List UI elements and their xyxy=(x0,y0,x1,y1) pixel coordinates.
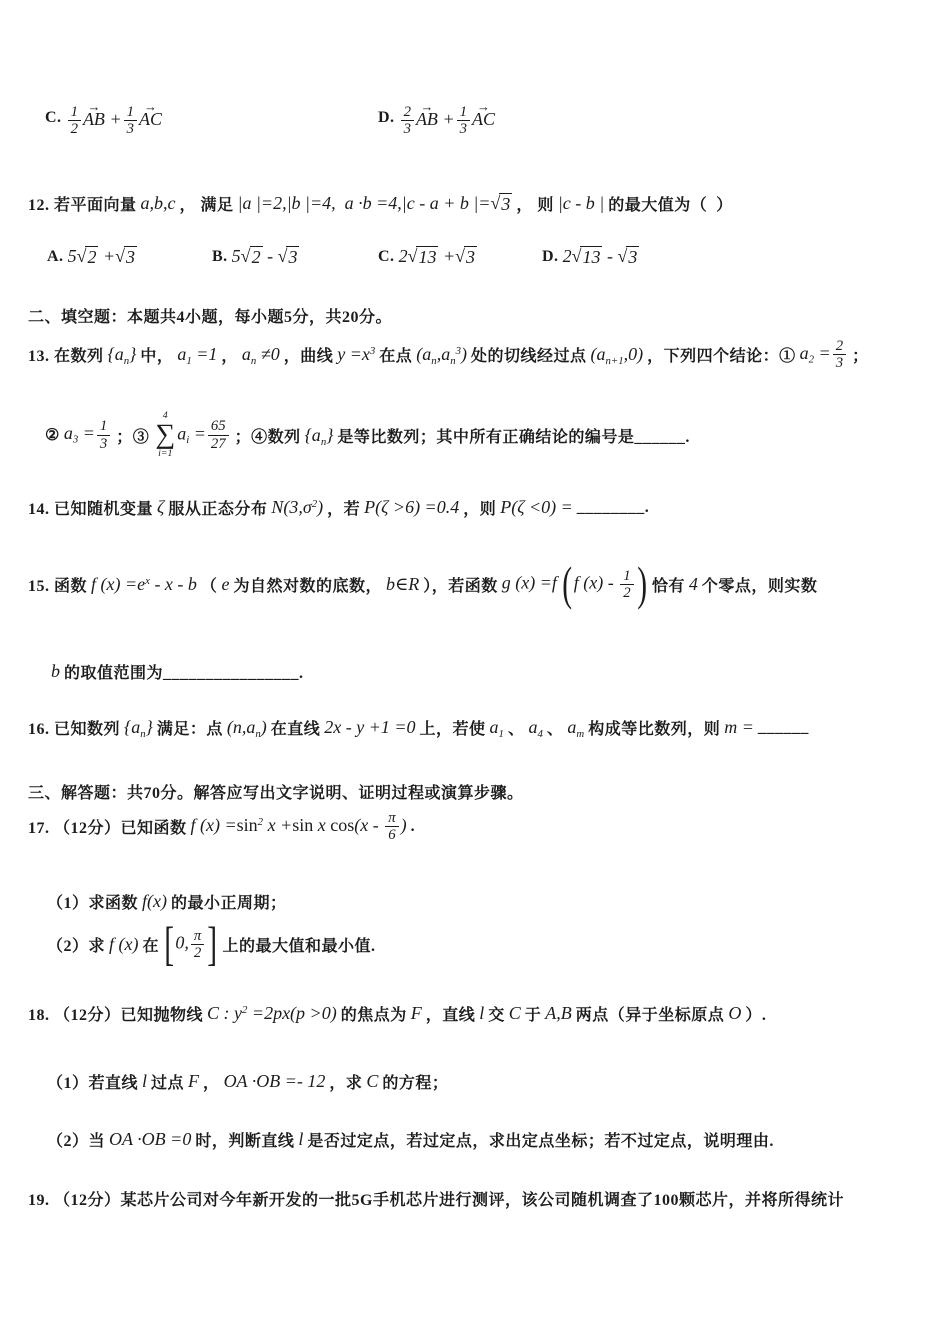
math-run: f (x) xyxy=(109,934,138,955)
text-run: 的焦点为 xyxy=(341,1002,407,1025)
math-run: F xyxy=(411,1003,422,1024)
math-run: (n,an) xyxy=(227,717,267,738)
math-run: N(3,σ2) xyxy=(271,497,323,518)
text-run: ）. xyxy=(745,1002,766,1025)
question-17-part-1: （1）求函数f(x)的最小正周期； xyxy=(47,890,287,913)
text-run: 处的切线经过点 xyxy=(471,343,587,366)
math-run: 2√13 - √3 xyxy=(563,246,640,268)
q12-option-b: B.5√2 - √3 xyxy=(212,246,303,268)
question-17-part-2: （2）求f (x)在[0,π2]上的最大值和最小值. xyxy=(47,926,376,963)
question-13-line-2: ②a3 =13；③4∑i=1ai =6527；④数列{an}是等比数列；其中所有… xyxy=(45,410,690,460)
math-run: a4 xyxy=(528,717,542,738)
math-run: {an} xyxy=(305,425,334,446)
question-17: 17. （12分）已知函数f (x) =sin2 x +sin x cos(x … xyxy=(28,810,415,843)
text-run: 两点（异于坐标原点 xyxy=(576,1002,725,1025)
text-run: 的最小正周期； xyxy=(171,890,287,913)
text-run: C. xyxy=(45,109,62,127)
math-run: ζ xyxy=(157,497,164,518)
text-run: 16. 已知数列 xyxy=(28,716,120,739)
text-run: 13. 在数列 xyxy=(28,343,104,366)
text-run: 于 xyxy=(525,1002,542,1025)
text-run: ，若 xyxy=(327,496,360,519)
math-run: 12AB +13AC xyxy=(66,98,162,137)
text-run: 、 xyxy=(547,716,564,739)
q12-option-a: A.5√2 +√3 xyxy=(47,246,141,268)
text-run: 12. 若平面向量 xyxy=(28,192,137,215)
question-13-line-1: 13. 在数列{an}中，a1 =1，an ≠0，曲线y =x3在点(an,an… xyxy=(28,338,869,371)
math-run: f (x) =sin2 x +sin x cos(x - π6) xyxy=(191,810,407,843)
text-run: 是否过定点，若过定点，求出定点坐标；若不过定点，说明理由. xyxy=(307,1128,774,1151)
text-run: 时，判断直线 xyxy=(195,1128,294,1151)
option-d: D.23AB +13AC xyxy=(378,98,499,137)
text-run: （1）求函数 xyxy=(47,890,138,913)
text-run: ；③ xyxy=(116,424,149,447)
q12-option-c: C.2√13 +√3 xyxy=(378,246,481,268)
math-run: g (x) =f (f (x) - 12) xyxy=(502,566,648,603)
math-run: a1 xyxy=(490,717,504,738)
math-run: 4 xyxy=(689,574,698,595)
text-run: 满足：点 xyxy=(157,716,223,739)
math-run: {an} xyxy=(124,717,153,738)
math-run: (an,an3) xyxy=(416,344,467,365)
text-run: C. xyxy=(378,248,395,266)
text-run: 19. （12分）某芯片公司对今年新开发的一批5G手机芯片进行测评，该公司随机调… xyxy=(28,1187,844,1210)
math-run: C xyxy=(366,1071,378,1092)
text-run: ， xyxy=(203,1070,220,1093)
math-run: f(x) xyxy=(142,891,167,912)
math-run: {an} xyxy=(108,344,137,365)
text-run: ，求 xyxy=(329,1070,362,1093)
text-run: 构成等比数列，则 xyxy=(588,716,720,739)
text-run: 18. （12分）已知抛物线 xyxy=(28,1002,203,1025)
text-run: 、 xyxy=(508,716,525,739)
math-run: b∈R xyxy=(386,574,419,595)
text-run: ，则 xyxy=(463,496,496,519)
math-run: 2√13 +√3 xyxy=(399,246,477,268)
text-run: 服从正态分布 xyxy=(168,496,267,519)
text-run: ； xyxy=(852,343,869,366)
math-run: 4∑i=1ai =6527 xyxy=(153,410,230,460)
text-run: 过点 xyxy=(151,1070,184,1093)
exam-page: C.12AB +13ACD.23AB +13AC12. 若平面向量a,b,c， … xyxy=(0,0,950,1344)
text-run: 17. （12分）已知函数 xyxy=(28,815,187,838)
math-run: P(ζ <0) = xyxy=(500,497,573,518)
math-run: F xyxy=(188,1071,199,1092)
text-run: D. xyxy=(542,248,559,266)
math-run: P(ζ >6) =0.4 xyxy=(364,497,459,518)
text-run: ，曲线 xyxy=(284,343,334,366)
q12-option-d: D.2√13 - √3 xyxy=(542,246,643,268)
text-run: （2）求 xyxy=(47,933,105,956)
question-18-part-1: （1）若直线l过点F，OA ·OB =- 12，求C的方程； xyxy=(47,1070,448,1093)
text-run: B. xyxy=(212,248,228,266)
math-run: (an+1,0) xyxy=(591,344,644,365)
text-run: . xyxy=(411,818,416,836)
math-run: e xyxy=(221,574,229,595)
math-run: 2x - y +1 =0 xyxy=(324,717,415,738)
text-run: 个零点，则实数 xyxy=(702,573,818,596)
text-run: 的最大值为（ ） xyxy=(608,192,733,215)
math-run: a,b,c xyxy=(141,193,176,214)
math-run: f (x) =ex - x - b xyxy=(91,574,197,595)
math-run: OA ·OB =0 xyxy=(109,1129,191,1150)
question-18-part-2: （2）当OA ·OB =0时，判断直线l是否过定点，若过定点，求出定点坐标；若不… xyxy=(47,1128,774,1151)
math-run: a3 =13 xyxy=(64,418,112,451)
text-run: ），若函数 xyxy=(423,573,498,596)
text-run: ，直线 xyxy=(426,1002,476,1025)
text-run: 交 xyxy=(488,1002,505,1025)
text-run: 上的最大值和最小值. xyxy=(223,933,376,956)
text-run: ， xyxy=(221,343,238,366)
text-run: 为自然对数的底数， xyxy=(233,573,382,596)
math-run: l xyxy=(479,1003,484,1024)
text-run: 中， xyxy=(140,343,173,366)
option-c: C.12AB +13AC xyxy=(45,98,166,137)
math-run: a1 =1 xyxy=(177,344,217,365)
question-16: 16. 已知数列{an}满足：点(n,an)在直线2x - y +1 =0上，若… xyxy=(28,716,809,739)
math-run: 5√2 +√3 xyxy=(68,246,137,268)
question-15-line-2: b的取值范围为________________. xyxy=(47,660,304,683)
math-run: y =x3 xyxy=(337,344,375,365)
math-run: l xyxy=(298,1129,303,1150)
text-run: 上，若使 xyxy=(420,716,486,739)
math-run: O xyxy=(728,1003,741,1024)
math-run: [0,π2] xyxy=(163,926,218,963)
text-run: 在直线 xyxy=(271,716,321,739)
math-run: A,B xyxy=(545,1003,572,1024)
text-run: ；④数列 xyxy=(235,424,301,447)
text-run: ② xyxy=(45,425,60,445)
text-run: （1）若直线 xyxy=(47,1070,138,1093)
text-run: 的方程； xyxy=(382,1070,448,1093)
section-answer-header: 三、解答题：共70分。解答应写出文字说明、证明过程或演算步骤。 xyxy=(28,780,524,803)
math-run: l xyxy=(142,1071,147,1092)
math-run: m = xyxy=(724,717,754,738)
text-run: 三、解答题：共70分。解答应写出文字说明、证明过程或演算步骤。 xyxy=(28,780,524,803)
math-run: C xyxy=(509,1003,521,1024)
math-run: b xyxy=(51,661,60,682)
math-run: an ≠0 xyxy=(242,344,280,365)
question-15-line-1: 15. 函数f (x) =ex - x - b（e为自然对数的底数，b∈R），若… xyxy=(28,566,817,603)
question-14: 14. 已知随机变量ζ服从正态分布N(3,σ2)，若P(ζ >6) =0.4，则… xyxy=(28,496,649,519)
text-run: ________. xyxy=(577,499,650,517)
text-run: 的取值范围为________________. xyxy=(64,660,304,683)
math-run: |a |=2,|b |=4, a ·b =4,|c - a + b |=√3 xyxy=(238,193,513,215)
math-run: |c - b | xyxy=(558,193,604,214)
text-run: A. xyxy=(47,248,64,266)
text-run: 在点 xyxy=(379,343,412,366)
section-fill-in-header: 二、填空题：本题共4小题，每小题5分，共20分。 xyxy=(28,304,392,327)
text-run: 恰有 xyxy=(652,573,685,596)
math-run: C : y2 =2px(p >0) xyxy=(207,1003,337,1024)
text-run: ，下列四个结论：① xyxy=(647,343,796,366)
text-run: 是等比数列；其中所有正确结论的编号是______. xyxy=(337,424,690,447)
math-run: 5√2 - √3 xyxy=(232,246,300,268)
question-19: 19. （12分）某芯片公司对今年新开发的一批5G手机芯片进行测评，该公司随机调… xyxy=(28,1187,844,1210)
text-run: ______ xyxy=(758,719,809,737)
question-12: 12. 若平面向量a,b,c， 满足|a |=2,|b |=4, a ·b =4… xyxy=(28,192,733,215)
exam-document: { "page": { "background": "#ffffff", "te… xyxy=(0,0,950,1344)
text-run: 15. 函数 xyxy=(28,573,87,596)
text-run: ， 满足 xyxy=(180,192,234,215)
text-run: D. xyxy=(378,109,395,127)
text-run: （ xyxy=(201,573,218,596)
question-18: 18. （12分）已知抛物线C : y2 =2px(p >0)的焦点为F，直线l… xyxy=(28,1002,766,1025)
math-run: OA ·OB =- 12 xyxy=(224,1071,326,1092)
math-run: 23AB +13AC xyxy=(399,98,495,137)
text-run: 14. 已知随机变量 xyxy=(28,496,153,519)
math-run: a2 =23 xyxy=(800,338,848,371)
text-run: ， 则 xyxy=(516,192,554,215)
text-run: （2）当 xyxy=(47,1128,105,1151)
math-run: am xyxy=(567,717,584,738)
text-run: 二、填空题：本题共4小题，每小题5分，共20分。 xyxy=(28,304,392,327)
text-run: 在 xyxy=(143,933,160,956)
